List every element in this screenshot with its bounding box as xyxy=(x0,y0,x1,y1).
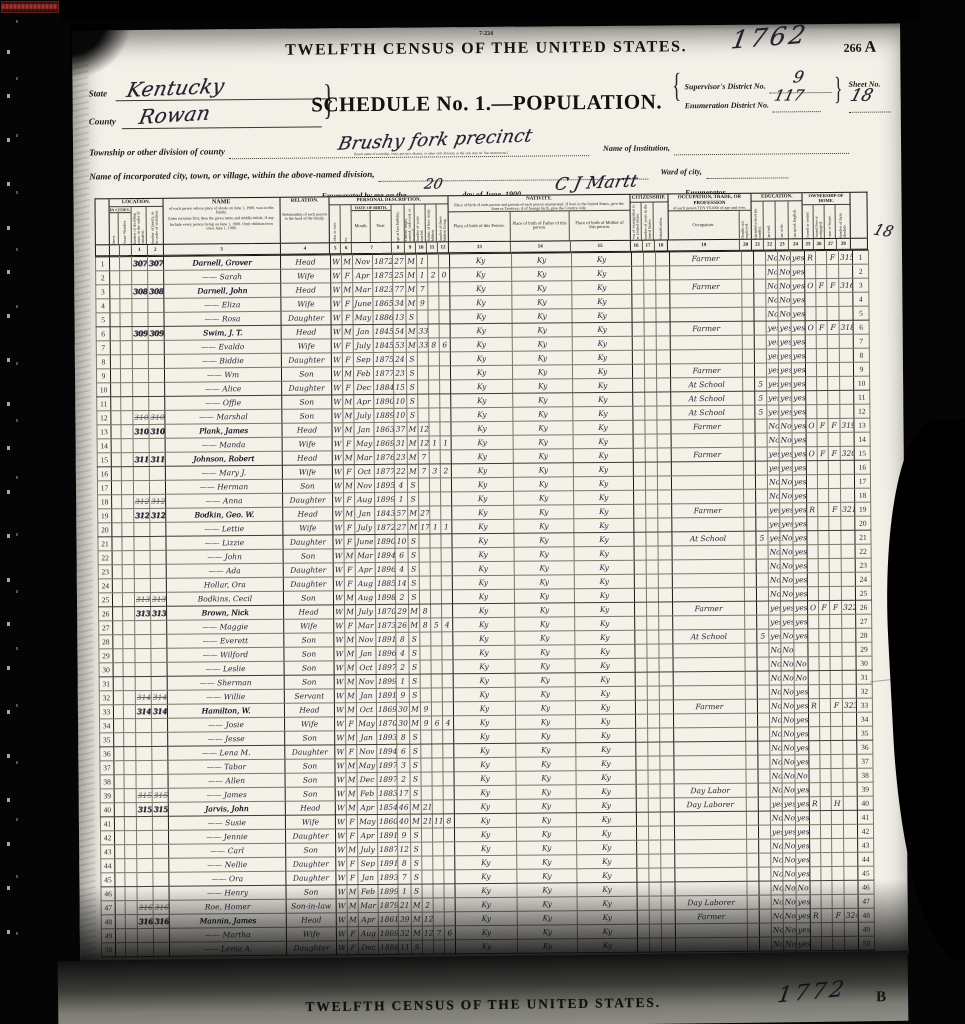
mother-of-children xyxy=(431,604,442,618)
free-mortgaged xyxy=(821,937,832,951)
family-number xyxy=(149,438,165,452)
naturalization xyxy=(661,924,675,938)
line-number-left: 37 xyxy=(100,761,114,775)
mother-of-children: 2 xyxy=(428,268,439,282)
name: —— Martha xyxy=(169,927,286,942)
farm-house xyxy=(828,432,840,446)
free-mortgaged xyxy=(818,559,829,573)
color-race: W xyxy=(333,549,344,563)
mother-of-children xyxy=(431,674,442,688)
can-speak-english: yes xyxy=(794,615,808,629)
line-number-left: 8 xyxy=(96,355,110,369)
free-mortgaged xyxy=(816,363,827,377)
line-number-right: 20 xyxy=(855,516,871,530)
age: 53 xyxy=(393,338,406,352)
color-race: W xyxy=(335,787,346,801)
naturalization-col-label: Naturalization. xyxy=(658,203,662,240)
age: 9 xyxy=(396,688,409,702)
occupation xyxy=(674,713,746,728)
scanned-census-screenshot: { "printed": { "form_number": "7-224", "… xyxy=(0,0,965,1024)
attended-school xyxy=(757,671,769,685)
free-mortgaged xyxy=(819,713,830,727)
birth-month: Apr xyxy=(357,800,377,814)
sex: F xyxy=(344,563,355,577)
dwelling-number xyxy=(135,662,151,676)
dwelling-number xyxy=(133,438,149,452)
name: Jarvis, John xyxy=(168,801,285,816)
sex: M xyxy=(346,801,357,815)
children-living xyxy=(442,646,453,660)
dwelling-number: 313 xyxy=(135,606,151,620)
occupation xyxy=(675,853,747,868)
mother-birthplace: Ky xyxy=(576,742,636,757)
line-number-right: 13 xyxy=(854,418,870,432)
birthplace: Ky xyxy=(455,883,517,898)
can-speak-english: yes xyxy=(795,741,809,755)
children-living xyxy=(440,394,451,408)
relation: Wife xyxy=(282,465,332,479)
line-number-right: 47 xyxy=(858,894,874,908)
attended-school xyxy=(758,769,770,783)
birth-year: 1869 xyxy=(374,436,394,450)
father-birthplace: Ky xyxy=(514,561,574,576)
can-write: yes xyxy=(780,503,793,517)
immigration-year xyxy=(634,490,646,504)
can-read: yes xyxy=(770,825,782,839)
years-in-us xyxy=(647,630,659,644)
name: —— Sarah xyxy=(164,269,281,284)
father-birthplace: Ky xyxy=(514,589,574,604)
years-married xyxy=(420,632,431,646)
farm-house xyxy=(827,334,839,348)
home-owned-rented xyxy=(808,657,819,671)
relation: Son xyxy=(285,773,335,787)
street xyxy=(112,579,122,593)
house-number xyxy=(121,411,133,425)
attended-school xyxy=(753,251,765,265)
line-number-right: 5 xyxy=(853,306,869,320)
sex: M xyxy=(342,367,353,381)
years-married xyxy=(417,366,428,380)
age: 40 xyxy=(397,814,410,828)
family-number: 312 xyxy=(150,508,166,522)
line-number-left: 22 xyxy=(98,551,112,565)
mother-birthplace: Ky xyxy=(576,826,636,841)
relation: Wife xyxy=(281,269,331,283)
free-mortgaged xyxy=(821,881,832,895)
can-write: No xyxy=(780,573,793,587)
farm-house: F xyxy=(828,418,840,432)
dwelling-number xyxy=(134,550,150,564)
birth-year: 1888 xyxy=(378,940,398,954)
years-in-us xyxy=(648,714,660,728)
birthplace: Ky xyxy=(450,309,512,324)
home-owned-rented xyxy=(806,377,817,391)
attended-school xyxy=(755,475,767,489)
line-number-left: 46 xyxy=(101,887,115,901)
marital-status: S xyxy=(409,688,420,702)
mother-of-children xyxy=(429,450,440,464)
mother-birthplace: Ky xyxy=(577,840,637,855)
age: 11 xyxy=(398,940,411,954)
marital-status: M xyxy=(406,296,417,310)
attended-school xyxy=(754,335,766,349)
years-in-us xyxy=(644,280,656,294)
can-speak-english: No xyxy=(794,671,808,685)
birthplace: Ky xyxy=(452,533,514,548)
naturalization xyxy=(660,784,674,798)
naturalization xyxy=(657,406,671,420)
family-number xyxy=(152,830,168,844)
line-number-right: 24 xyxy=(855,572,871,586)
birth-month: Feb xyxy=(358,884,378,898)
sex: F xyxy=(346,717,357,731)
can-write: yes xyxy=(779,391,792,405)
film-sprocket-marks-2 xyxy=(16,20,18,950)
street xyxy=(111,453,121,467)
mother-birthplace: Ky xyxy=(574,532,634,547)
mother-of-children xyxy=(431,688,442,702)
father-birthplace: Ky xyxy=(516,785,576,800)
naturalization xyxy=(659,616,673,630)
years-in-us xyxy=(646,574,658,588)
months-not-employed xyxy=(742,279,754,293)
mother-of-children: 6 xyxy=(432,716,443,730)
months-not-employed xyxy=(745,643,757,657)
can-read: yes xyxy=(769,629,781,643)
dwelling-number xyxy=(136,718,152,732)
house-number xyxy=(122,593,134,607)
name: —— Henry xyxy=(169,885,286,900)
family-number: 314 xyxy=(151,704,167,718)
next-page-letter: B xyxy=(876,989,886,1006)
naturalization xyxy=(659,630,673,644)
attended-school xyxy=(756,559,768,573)
name: Plank, James xyxy=(165,423,282,438)
line-number-left: 23 xyxy=(98,565,112,579)
can-write: yes xyxy=(780,517,793,531)
farm-schedule xyxy=(843,754,857,768)
children-living-col-label: Number of these children living. xyxy=(438,205,446,242)
immigration-year xyxy=(636,756,648,770)
attended-school xyxy=(758,755,770,769)
birth-month: Oct xyxy=(356,660,376,674)
children-living xyxy=(440,380,451,394)
dwelling-number xyxy=(132,312,148,326)
naturalization xyxy=(658,546,672,560)
family-number xyxy=(150,564,166,578)
farm-schedule xyxy=(840,432,854,446)
can-speak-english: yes xyxy=(796,909,810,923)
relation: Daughter xyxy=(286,871,336,885)
name: Bodkin, Geo. W. xyxy=(166,507,283,522)
mother-of-children xyxy=(433,940,444,954)
house-number xyxy=(120,355,132,369)
attended-school xyxy=(757,615,769,629)
years-married xyxy=(419,548,430,562)
mother-of-children xyxy=(433,870,444,884)
years-in-us xyxy=(647,602,659,616)
name: —— Ora xyxy=(169,871,286,886)
street xyxy=(110,285,120,299)
free-mortgaged xyxy=(819,615,830,629)
birth-month: Jan xyxy=(358,870,378,884)
immigration-year xyxy=(637,854,649,868)
farm-house xyxy=(828,404,840,418)
name: —— Mary J. xyxy=(165,465,282,480)
relation: Servant xyxy=(284,689,334,703)
can-write: No xyxy=(782,755,795,769)
birth-month: Jan xyxy=(357,730,377,744)
name: —— Everett xyxy=(167,633,284,648)
mother-of-children xyxy=(429,478,440,492)
age: 27 xyxy=(392,254,405,268)
birth-month: Jan xyxy=(355,506,375,520)
color-race: W xyxy=(336,885,347,899)
line-number-right: 37 xyxy=(857,754,873,768)
line-number-right: 42 xyxy=(857,824,873,838)
age: 1 xyxy=(398,884,411,898)
house-number xyxy=(122,509,134,523)
father-birthplace: Ky xyxy=(512,323,572,338)
years-in-us xyxy=(649,882,661,896)
mother-of-children xyxy=(428,324,439,338)
naturalization xyxy=(656,280,670,294)
mother-birthplace: Ky xyxy=(576,728,636,743)
sex: M xyxy=(341,255,352,269)
street xyxy=(114,817,124,831)
can-speak-english xyxy=(794,643,808,657)
birth-month: Dec xyxy=(357,772,377,786)
dwelling-number xyxy=(135,634,151,648)
house-number xyxy=(123,607,135,621)
years-in-us xyxy=(644,266,656,280)
color-race: W xyxy=(336,899,347,913)
mother-birthplace: Ky xyxy=(577,882,637,897)
attended-school xyxy=(755,447,767,461)
occupation xyxy=(673,685,745,700)
occupation xyxy=(673,671,745,686)
line-number-left: 42 xyxy=(101,831,115,845)
street xyxy=(112,551,122,565)
can-write: No xyxy=(783,881,796,895)
home-owned-rented: O xyxy=(805,279,816,293)
children-living xyxy=(441,576,452,590)
family-number xyxy=(150,536,166,550)
marital-status: M xyxy=(406,282,417,296)
color-race: W xyxy=(334,633,345,647)
marital-status: M xyxy=(408,520,419,534)
sex: M xyxy=(346,773,357,787)
line-number-left: 38 xyxy=(100,775,114,789)
color-race: W xyxy=(334,605,345,619)
farm-house-col-label: Farm or house. xyxy=(828,206,832,238)
months-not-employed xyxy=(743,419,755,433)
farm-house xyxy=(827,306,839,320)
can-read: yes xyxy=(766,363,778,377)
street xyxy=(115,859,125,873)
attended-school xyxy=(759,839,771,853)
years-in-us xyxy=(648,770,660,784)
dwelling-number: 308 xyxy=(132,284,148,298)
can-read: yes xyxy=(766,335,778,349)
family-number: 307 xyxy=(147,256,163,270)
can-write: yes xyxy=(778,335,791,349)
column-number: 9 xyxy=(405,243,416,253)
marital-status: S xyxy=(407,380,418,394)
naturalization xyxy=(661,840,675,854)
farm-schedule: 315 xyxy=(838,250,852,264)
birthplace: Ky xyxy=(452,505,514,520)
months-not-employed xyxy=(743,377,755,391)
relation: Son xyxy=(284,661,334,675)
column-number: 7 xyxy=(352,243,392,253)
street xyxy=(112,523,122,537)
years-in-us xyxy=(649,924,661,938)
birth-month: Apr xyxy=(358,912,378,926)
line-number-left: 2 xyxy=(96,271,110,285)
mother-of-children xyxy=(433,912,444,926)
occupation xyxy=(671,461,743,476)
mother-birthplace: Ky xyxy=(572,266,632,281)
sheet-value: 18 xyxy=(848,86,876,106)
naturalization xyxy=(657,462,671,476)
birth-month: Dec xyxy=(354,380,374,394)
years-in-us xyxy=(649,938,661,952)
column-number: 5 xyxy=(330,243,341,253)
farm-schedule: 319 xyxy=(840,418,854,432)
street xyxy=(110,313,120,327)
line-number-right: 17 xyxy=(854,474,870,488)
name: Swim, J. T. xyxy=(164,325,281,340)
can-read: No xyxy=(767,419,779,433)
name: —— Allen xyxy=(168,773,285,788)
attended-school xyxy=(759,881,771,895)
can-read: No xyxy=(768,573,780,587)
dwelling-number: 310 xyxy=(133,424,149,438)
years-married xyxy=(422,856,433,870)
farm-schedule xyxy=(839,292,853,306)
occupation xyxy=(672,559,744,574)
farm-schedule: 324 xyxy=(844,908,858,922)
farm-house xyxy=(830,614,842,628)
father-birthplace: Ky xyxy=(515,659,575,674)
street xyxy=(115,887,125,901)
can-read: No xyxy=(770,727,782,741)
can-write: No xyxy=(781,657,794,671)
marital-status: S xyxy=(409,646,420,660)
occupation-col-label: Occupation. xyxy=(668,211,739,239)
relation: Daughter xyxy=(286,857,336,871)
can-speak-english: yes xyxy=(791,265,805,279)
children-living xyxy=(441,590,452,604)
mother-of-children xyxy=(432,828,443,842)
line-number-right: 27 xyxy=(856,614,872,628)
mother-birthplace: Ky xyxy=(577,868,637,883)
naturalization xyxy=(661,938,675,952)
months-not-employed xyxy=(742,265,754,279)
family-number xyxy=(148,340,164,354)
line-number-left: 47 xyxy=(101,901,115,915)
farm-house xyxy=(829,516,841,530)
months-not-employed xyxy=(745,671,757,685)
education-header: EDUCATION. Attended school (in months). … xyxy=(752,193,803,238)
color-race: W xyxy=(335,745,346,759)
citizenship-header: CITIZENSHIP. Year of immigration to the … xyxy=(630,194,668,239)
street xyxy=(110,369,120,383)
age: 2 xyxy=(395,590,408,604)
attended-school xyxy=(759,909,771,923)
line-number-left: 27 xyxy=(99,621,113,635)
farm-schedule xyxy=(842,656,856,670)
naturalization xyxy=(661,882,675,896)
years-in-us xyxy=(647,644,659,658)
sex: M xyxy=(343,395,354,409)
years-married: 12 xyxy=(422,926,433,940)
birthplace: Ky xyxy=(450,267,512,282)
years-in-us xyxy=(648,826,660,840)
free-mortgaged xyxy=(821,853,832,867)
children-living xyxy=(444,940,455,954)
age: 6 xyxy=(395,548,408,562)
free-mortgaged xyxy=(818,503,829,517)
can-read: No xyxy=(766,293,778,307)
naturalization xyxy=(658,560,672,574)
farm-schedule xyxy=(843,824,857,838)
relation: Wife xyxy=(281,297,331,311)
father-birthplace: Ky xyxy=(514,491,574,506)
column-number xyxy=(96,245,110,255)
naturalization xyxy=(659,658,673,672)
birthplace: Ky xyxy=(454,757,516,772)
mother-birthplace: Ky xyxy=(573,462,633,477)
can-read: No xyxy=(769,657,781,671)
years-married: 2 xyxy=(422,898,433,912)
line-number-left: 21 xyxy=(98,537,112,551)
home-owned-rented xyxy=(805,363,816,377)
children-living xyxy=(442,674,453,688)
next-page-title: TWELFTH CENSUS OF THE UNITED STATES. xyxy=(305,995,661,1015)
birth-month: Oct xyxy=(356,702,376,716)
can-read: yes xyxy=(768,517,780,531)
immigration-year xyxy=(636,798,648,812)
house-number xyxy=(121,439,133,453)
street xyxy=(112,565,122,579)
line-number-left: 28 xyxy=(99,635,113,649)
mother-of-children xyxy=(428,282,439,296)
relation-header: RELATION. Relationship of each person to… xyxy=(280,197,330,242)
children-living xyxy=(441,506,452,520)
months-not-employed xyxy=(744,489,756,503)
relation: Head xyxy=(284,605,334,619)
birth-month: May xyxy=(357,716,377,730)
months-not-employed xyxy=(742,321,754,335)
name: Johnson, Robert xyxy=(165,451,282,466)
name: —— Eliza xyxy=(164,297,281,312)
years-married: 1 xyxy=(416,254,427,268)
free-mortgaged xyxy=(821,839,832,853)
relation: Head xyxy=(281,283,331,297)
sex: F xyxy=(342,339,353,353)
name: —— Marshal xyxy=(165,409,282,424)
mother-birthplace: Ky xyxy=(573,434,633,449)
father-birthplace: Ky xyxy=(516,799,576,814)
name: —— Anna xyxy=(166,493,283,508)
can-write: No xyxy=(782,811,795,825)
free-mortgaged xyxy=(818,531,829,545)
sex: M xyxy=(343,409,354,423)
can-write: yes xyxy=(779,461,792,475)
